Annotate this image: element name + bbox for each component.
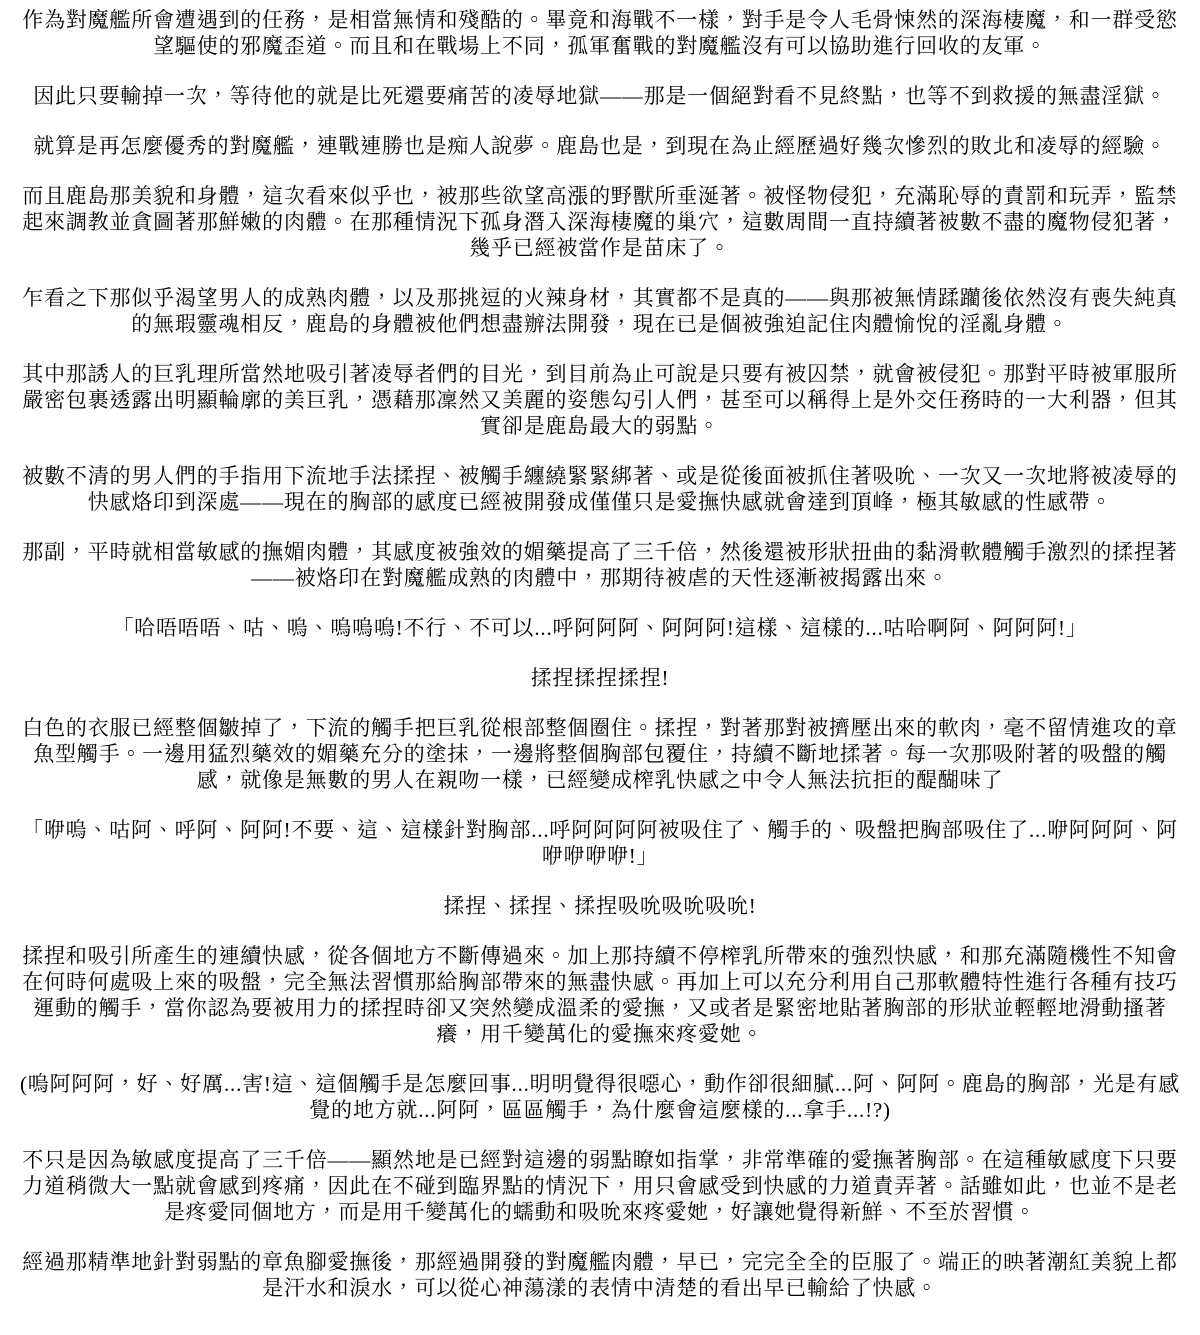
story-page: 作為對魔艦所會遭遇到的任務，是相當無情和殘酷的。畢竟和海戰不一樣，對手是令人毛骨… <box>0 0 1200 1335</box>
dialogue-line-01: 「哈唔唔唔、咕、嗚、嗚嗚嗚!不行、不可以...呼阿阿阿、阿阿阿!這樣、這樣的..… <box>12 615 1188 641</box>
sfx-line-02: 揉捏、揉捏、揉捏吸吮吸吮吸吮! <box>12 893 1188 919</box>
paragraph-04: 而且鹿島那美貌和身體，這次看來似乎也，被那些欲望高漲的野獸所垂涎著。被怪物侵犯，… <box>12 183 1188 261</box>
paragraph-07: 被數不清的男人們的手指用下流地手法揉捏、被觸手纏繞緊緊綁著、或是從後面被抓住著吸… <box>12 463 1188 515</box>
paragraph-08: 那副，平時就相當敏感的撫媚肉體，其感度被強效的媚藥提高了三千倍，然後還被形狀扭曲… <box>12 539 1188 591</box>
paragraph-05: 乍看之下那似乎渴望男人的成熟肉體，以及那挑逗的火辣身材，其實都不是真的——與那被… <box>12 285 1188 337</box>
paragraph-03: 就算是再怎麼優秀的對魔艦，連戰連勝也是痴人說夢。鹿島也是，到現在為止經歷過好幾次… <box>12 133 1188 159</box>
inner-monologue-01: (嗚阿阿阿，好、好厲...害!這、這個觸手是怎麼回事...明明覺得很噁心，動作卻… <box>12 1071 1188 1123</box>
paragraph-01: 作為對魔艦所會遭遇到的任務，是相當無情和殘酷的。畢竟和海戰不一樣，對手是令人毛骨… <box>12 7 1188 59</box>
paragraph-10: 揉捏和吸引所產生的連續快感，從各個地方不斷傳過來。加上那持續不停榨乳所帶來的強烈… <box>12 943 1188 1047</box>
paragraph-06: 其中那誘人的巨乳理所當然地吸引著凌辱者們的目光，到目前為止可說是只要有被囚禁，就… <box>12 361 1188 439</box>
sfx-line-01: 揉捏揉捏揉捏! <box>12 665 1188 691</box>
paragraph-11: 不只是因為敏感度提高了三千倍——顯然地是已經對這邊的弱點瞭如指掌，非常準確的愛撫… <box>12 1147 1188 1225</box>
paragraph-09: 白色的衣服已經整個皺掉了，下流的觸手把巨乳從根部整個圈住。揉捏，對著那對被擠壓出… <box>12 715 1188 793</box>
dialogue-line-02: 「咿嗚、咕阿、呼阿、阿阿!不要、這、這樣針對胸部...呼阿阿阿阿被吸住了、觸手的… <box>12 817 1188 869</box>
paragraph-02: 因此只要輸掉一次，等待他的就是比死還要痛苦的凌辱地獄——那是一個絕對看不見終點，… <box>12 83 1188 109</box>
paragraph-12: 經過那精準地針對弱點的章魚腳愛撫後，那經過開發的對魔艦肉體，早已，完完全全的臣服… <box>12 1249 1188 1301</box>
